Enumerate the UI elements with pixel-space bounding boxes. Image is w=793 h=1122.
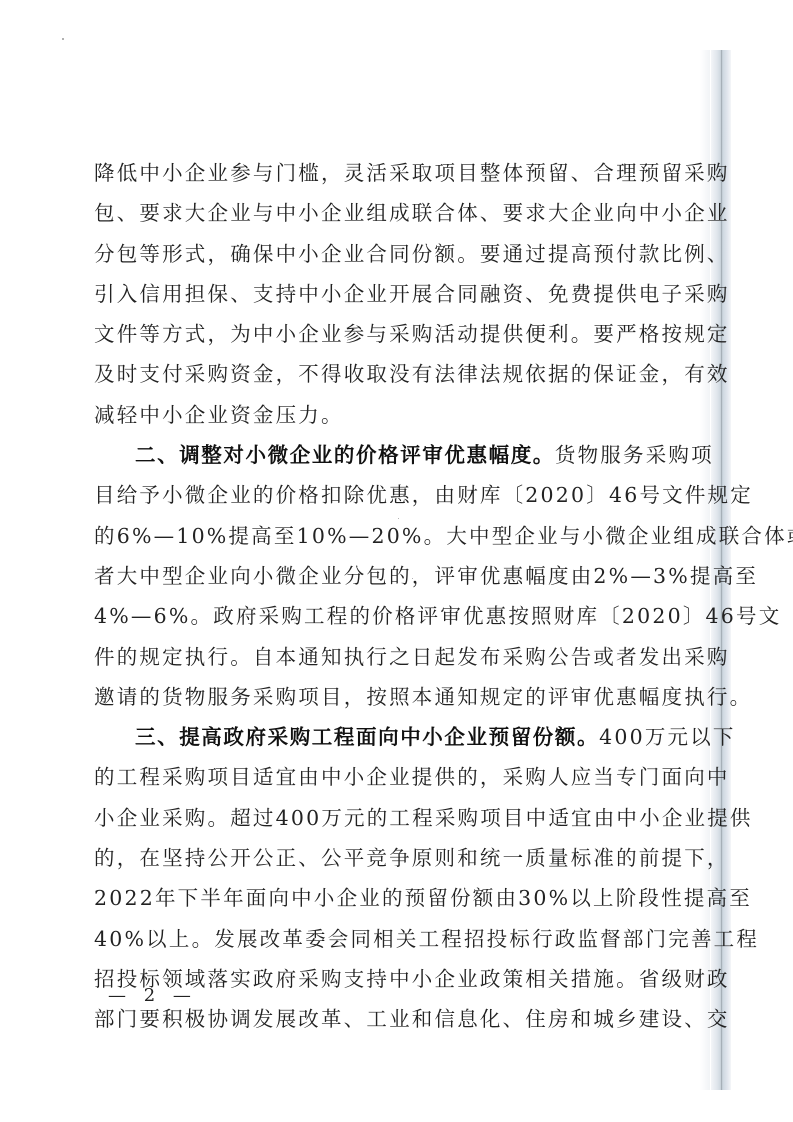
- scan-speck: [62, 38, 64, 40]
- text-line: 4%—6%。政府采购工程的价格评审优惠按照财库〔2020〕46号文: [94, 596, 694, 636]
- text-line: 分包等形式，确保中小企业合同份额。要通过提高预付款比例、: [94, 234, 694, 274]
- text-line: 者大中型企业向小微企业分包的，评审优惠幅度由2%—3%提高至: [94, 556, 694, 596]
- text-line: 及时支付采购资金，不得收取没有法律法规依据的保证金，有效: [94, 354, 694, 394]
- text-line: 三、提高政府采购工程面向中小企业预留份额。400万元以下: [94, 717, 694, 757]
- text-line: 减轻中小企业资金压力。: [94, 395, 694, 435]
- text-line: 目给予小微企业的价格扣除优惠，由财库〔2020〕46号文件规定: [94, 475, 694, 515]
- text-line: 引入信用担保、支持中小企业开展合同融资、免费提供电子采购: [94, 274, 694, 314]
- section-heading: 三、提高政府采购工程面向中小企业预留份额。: [135, 725, 599, 749]
- text-line: 文件等方式，为中小企业参与采购活动提供便利。要严格按规定: [94, 314, 694, 354]
- section-heading: 二、调整对小微企业的价格评审优惠幅度。: [135, 443, 555, 467]
- paragraph-1: 降低中小企业参与门槛，灵活采取项目整体预留、合理预留采购 包、要求大企业与中小企…: [94, 153, 694, 435]
- text-line: 小企业采购。超过400万元的工程采购项目中适宜由中小企业提供: [94, 798, 694, 838]
- text-line: 包、要求大企业与中小企业组成联合体、要求大企业向中小企业: [94, 193, 694, 233]
- text-run: 400万元以下: [599, 725, 736, 749]
- text-line: 二、调整对小微企业的价格评审优惠幅度。货物服务采购项: [94, 435, 694, 475]
- text-line: 40%以上。发展改革委会同相关工程招投标行政监督部门完善工程: [94, 919, 694, 959]
- text-line: 的6%—10%提高至10%—20%。大中型企业与小微企业组成联合体或: [94, 516, 694, 556]
- text-line: 降低中小企业参与门槛，灵活采取项目整体预留、合理预留采购: [94, 153, 694, 193]
- paragraph-2: 二、调整对小微企业的价格评审优惠幅度。货物服务采购项 目给予小微企业的价格扣除优…: [94, 435, 694, 717]
- text-line: 2022年下半年面向中小企业的预留份额由30%以上阶段性提高至: [94, 878, 694, 918]
- text-line: 件的规定执行。自本通知执行之日起发布采购公告或者发出采购: [94, 637, 694, 677]
- document-page: 降低中小企业参与门槛，灵活采取项目整体预留、合理预留采购 包、要求大企业与中小企…: [0, 0, 793, 1122]
- text-line: 的工程采购项目适宜由中小企业提供的，采购人应当专门面向中: [94, 757, 694, 797]
- text-line: 的，在坚持公开公正、公平竞争原则和统一质量标准的前提下，: [94, 838, 694, 878]
- body-text: 降低中小企业参与门槛，灵活采取项目整体预留、合理预留采购 包、要求大企业与中小企…: [94, 153, 694, 1040]
- text-line: 邀请的货物服务采购项目，按照本通知规定的评审优惠幅度执行。: [94, 677, 694, 717]
- page-number: — 2 —: [108, 985, 197, 1006]
- text-run: 货物服务采购项: [555, 443, 714, 467]
